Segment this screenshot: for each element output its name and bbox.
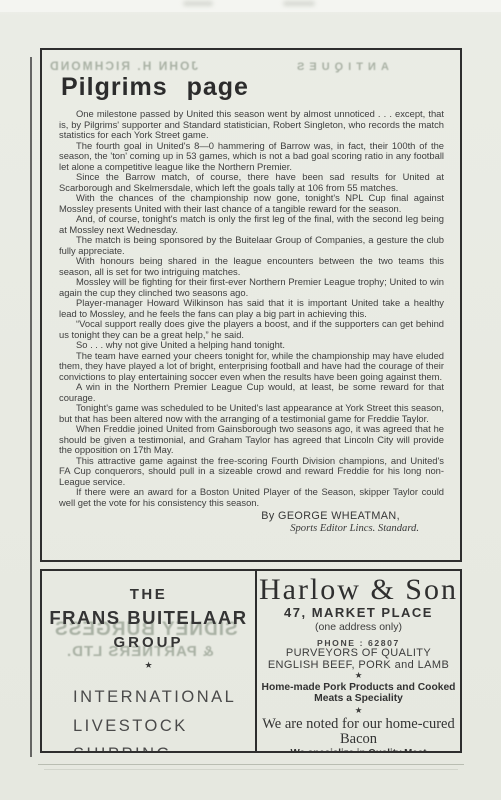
star-icon: ★ [257, 706, 460, 715]
ad-text: We specialize in Quality Meat [257, 749, 460, 753]
page-title: Pilgrims page [61, 74, 444, 100]
ad-services-list: INTERNATIONALLIVESTOCKSHIPPING [73, 683, 255, 753]
article-paragraph: This attractive game against the free-sc… [59, 456, 444, 488]
article-paragraph: “Vocal support really does give the play… [59, 319, 444, 340]
scan-smudge [183, 1, 213, 6]
page-gutter-shadow [30, 57, 32, 757]
ad-harlow-and-son: Harlow & Son 47, MARKET PLACE (one addre… [257, 571, 460, 751]
article-paragraph: Tonight's game was scheduled to be Unite… [59, 403, 444, 424]
bleedthrough-rule [38, 764, 464, 765]
star-icon: ★ [42, 660, 255, 671]
article-paragraph: And, of course, tonight's match is only … [59, 214, 444, 235]
ad-service-item: INTERNATIONAL [73, 683, 255, 712]
article-body: One milestone passed by United this seas… [59, 109, 444, 508]
ad-address: 47, MARKET PLACE [257, 605, 460, 620]
byline: By GEORGE WHEATMAN, Sports Editor Lincs.… [59, 510, 444, 534]
ad-text: THE [42, 586, 255, 603]
bleedthrough-rule [44, 769, 458, 770]
ad-tagline: PURVEYORS OF QUALITY [257, 648, 460, 660]
article-paragraph: A win in the Northern Premier League Cup… [59, 382, 444, 403]
article-paragraph: The match is being sponsored by the Buit… [59, 235, 444, 256]
article-paragraph: Player-manager Howard Wilkinson has said… [59, 298, 444, 319]
article-paragraph: If there were an award for a Boston Unit… [59, 487, 444, 508]
ad-service-item: LIVESTOCK [73, 712, 255, 741]
byline-role: Sports Editor Lincs. Standard. [59, 523, 444, 534]
advertiser-name: FRANS BUITELAAR [42, 607, 255, 629]
ad-frans-buitelaar-group: THE FRANS BUITELAAR GROUP ★ INTERNATIONA… [42, 571, 257, 751]
article-paragraph: One milestone passed by United this seas… [59, 109, 444, 141]
article-paragraph: The fourth goal in United's 8—0 hammerin… [59, 141, 444, 173]
ad-service-item: SHIPPING [73, 740, 255, 753]
ad-text: Meats a Speciality [257, 693, 460, 704]
byline-author: By GEORGE WHEATMAN, [59, 510, 444, 522]
programme-page: JOHN H. RICHMOND ANTIQUES SIDNEY BURGESS… [0, 0, 501, 800]
ad-text: GROUP [42, 634, 255, 651]
ad-text: Bacon [257, 732, 460, 747]
ads-panel: THE FRANS BUITELAAR GROUP ★ INTERNATIONA… [40, 569, 462, 753]
ad-text: Home-made Pork Products and Cooked [257, 682, 460, 693]
ad-address-note: (one address only) [257, 621, 460, 633]
star-icon: ★ [257, 671, 460, 680]
article-paragraph: With the chances of the championship now… [59, 193, 444, 214]
article-paragraph: With honours being shared in the league … [59, 256, 444, 277]
article-panel: Pilgrims page One milestone passed by Un… [40, 48, 462, 562]
article-paragraph: So . . . why not give United a helping h… [59, 340, 444, 351]
scan-top-edge [0, 0, 501, 12]
advertiser-name: Harlow & Son [257, 574, 460, 605]
scan-smudge [283, 1, 315, 6]
article-paragraph: When Freddie joined United from Gainsbor… [59, 424, 444, 456]
article-paragraph: Mossley will be fighting for their first… [59, 277, 444, 298]
article-paragraph: The team have earned your cheers tonight… [59, 351, 444, 383]
article-paragraph: Since the Barrow match, of course, there… [59, 172, 444, 193]
ad-text: We are noted for our home-cured [257, 717, 460, 732]
